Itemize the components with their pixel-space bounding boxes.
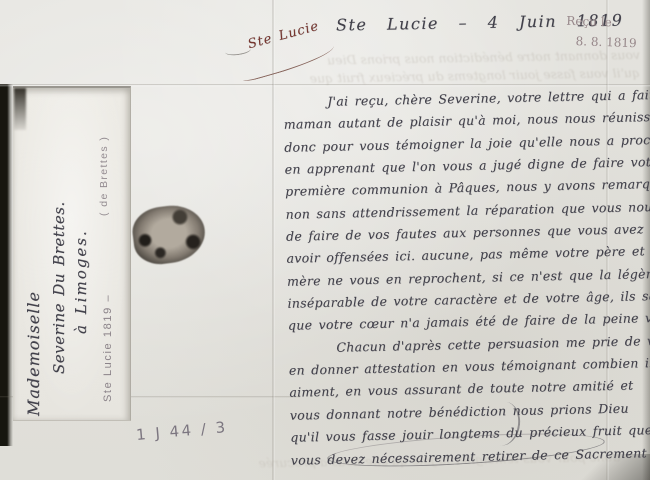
panel-smudge xyxy=(14,88,26,130)
address-pencil-annotation: Ste Lucie 1819 – xyxy=(102,294,114,402)
address-line-name: Severine Du Brettes. xyxy=(50,201,68,374)
letter-body: J'ai reçu, chère Severine, votre lettre … xyxy=(283,84,649,471)
bleedthrough-text: vous donnant notre bénédiction nous prio… xyxy=(300,47,640,68)
archive-reference-number: 1 J 44 / 3 xyxy=(135,418,228,444)
letter-scan: Mademoiselle Severine Du Brettes. à Limo… xyxy=(0,0,650,480)
red-ink-annotation: Ste Lucie xyxy=(246,19,320,52)
address-line-city: à Limoges. xyxy=(72,229,90,334)
received-label: Reçu le xyxy=(566,11,638,33)
pencil-scribble xyxy=(225,44,252,57)
address-pencil-annotation-2: ( de Brettes ) xyxy=(98,136,110,216)
scan-edge-left xyxy=(0,84,13,446)
bleedthrough-text: qu'il vous fasse jouir longtems du préci… xyxy=(300,65,640,86)
wax-seal-blot xyxy=(130,202,208,267)
address-line-recipient: Mademoiselle xyxy=(24,291,43,416)
